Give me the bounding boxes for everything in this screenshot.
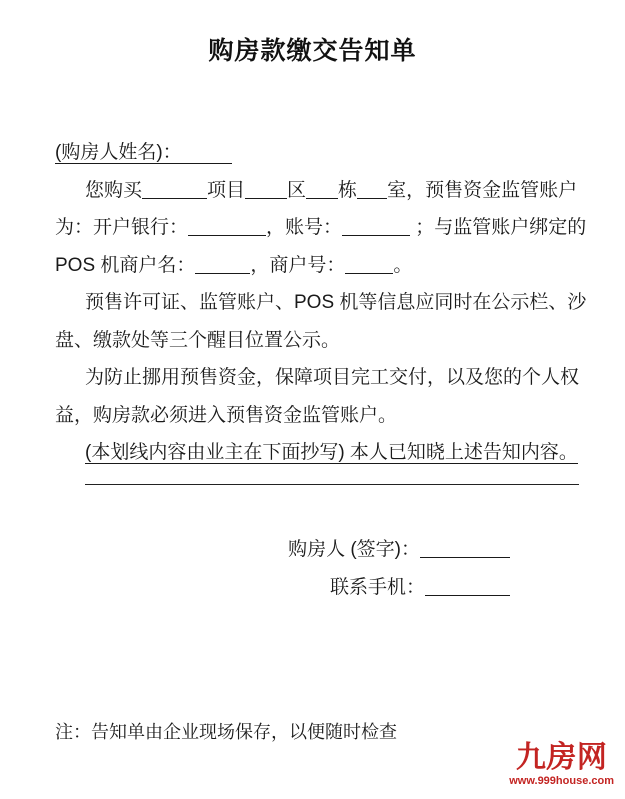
protection-line-2: 益，购房款必须进入预售资金监管账户。 xyxy=(55,397,600,435)
copy-instruction-line: (本划线内容由业主在下面抄写) 本人已知晓上述告知内容。 xyxy=(55,434,600,472)
buyer-name-blank xyxy=(182,147,232,161)
purchase-text-4: 栋 xyxy=(338,180,357,201)
pos-text-2: ，商户号： xyxy=(250,255,345,276)
pos-line: POS 机商户名：，商户号：。 xyxy=(55,247,600,285)
signature-block: 购房人 (签字)： 联系手机： xyxy=(288,531,510,607)
logo: 九房网 www.999house.com xyxy=(509,743,614,787)
phone-label: 联系手机： xyxy=(330,577,425,598)
bank-name-blank xyxy=(188,222,266,236)
signer-label: 购房人 (签字)： xyxy=(288,539,420,560)
publicity-line-1: 预售许可证、监管账户、POS 机等信息应同时在公示栏、沙 xyxy=(55,284,600,322)
buyer-name-line: (购房人姓名)： xyxy=(55,134,600,172)
document-page: 购房款缴交告知单 (购房人姓名)： 您购买项目区栋室，预售资金监管账户 为：开户… xyxy=(0,0,625,799)
logo-wordmark: 九房网 xyxy=(509,743,614,773)
pos-text-1: POS 机商户名： xyxy=(55,255,195,276)
signer-blank xyxy=(420,544,510,558)
purchase-text-2: 项目 xyxy=(207,180,245,201)
merchant-id-blank xyxy=(345,260,393,274)
buyer-name-label: (购房人姓名)： xyxy=(55,142,182,163)
purchase-text-5: 室，预售资金监管账户 xyxy=(387,180,577,201)
handwriting-rule xyxy=(85,484,579,485)
purchase-text-3: 区 xyxy=(287,180,306,201)
project-name-blank xyxy=(142,185,207,199)
phone-blank xyxy=(425,582,510,596)
publicity-line-2: 盘、缴款处等三个醒目位置公示。 xyxy=(55,322,600,360)
document-body: (购房人姓名)： 您购买项目区栋室，预售资金监管账户 为：开户银行：，账号： ；… xyxy=(55,134,600,472)
room-blank xyxy=(357,185,387,199)
phone-line: 联系手机： xyxy=(288,569,510,607)
document-title: 购房款缴交告知单 xyxy=(0,31,625,67)
signer-line: 购房人 (签字)： xyxy=(288,531,510,569)
protection-line-1: 为防止挪用预售资金，保障项目完工交付，以及您的个人权 xyxy=(55,359,600,397)
note-text: 注：告知单由企业现场保存，以便随时检查 xyxy=(55,718,397,744)
building-blank xyxy=(306,185,338,199)
bank-text-3: ；与监管账户绑定的 xyxy=(410,217,586,238)
account-number-blank xyxy=(342,222,410,236)
zone-blank xyxy=(245,185,287,199)
logo-url: www.999house.com xyxy=(509,776,614,787)
bank-text-1: 为：开户银行： xyxy=(55,217,188,238)
bank-text-2: ，账号： xyxy=(266,217,342,238)
pos-text-3: 。 xyxy=(393,255,412,276)
merchant-name-blank xyxy=(195,260,250,274)
purchase-line: 您购买项目区栋室，预售资金监管账户 xyxy=(55,172,600,210)
bank-line: 为：开户银行：，账号： ；与监管账户绑定的 xyxy=(55,209,600,247)
purchase-text-1: 您购买 xyxy=(85,180,142,201)
copy-instruction-text: (本划线内容由业主在下面抄写) 本人已知晓上述告知内容。 xyxy=(85,442,578,464)
